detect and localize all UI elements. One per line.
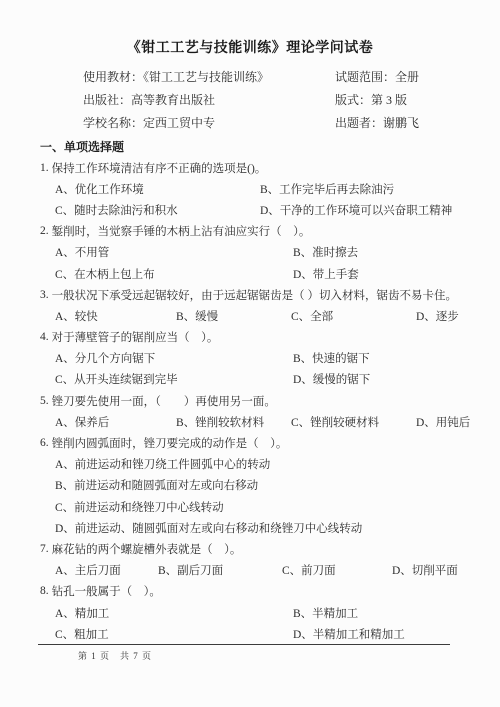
option-row: A、较快 B、缓慢 C、全部 D、逐步 [40,305,486,326]
question-block: 1. 保持工作环境清洁有序不正确的选项是()。 A、优化工作环境 B、工作完毕后… [40,157,486,221]
option-row: D、前进运动、随圆弧面对左或向右移动和绕锉刀中心线转动 [40,517,486,538]
question-text: 保持工作环境清洁有序不正确的选项是()。 [52,160,267,176]
question-block: 4. 对于薄壁管子的锯削应当（ ）。 A、分几个方向锯下 B、快速的锯下 C、从… [40,327,486,391]
question-number: 1. [40,162,49,174]
question-number: 2. [40,225,49,237]
question-list: 1. 保持工作环境清洁有序不正确的选项是()。 A、优化工作环境 B、工作完毕后… [0,157,500,644]
option-item: D、逐步 [416,308,486,324]
footer-divider [38,644,450,645]
option-row: A、分几个方向锯下 B、快速的锯下 [40,348,486,369]
question-block: 6. 锉削内圆弧面时，锉刀要完成的动作是（ ）。 A、前进运动和锉刀绕工件圆弧中… [40,432,486,538]
question-stem: 6. 锉削内圆弧面时，锉刀要完成的动作是（ ）。 [40,432,486,453]
school-field: 学校名称：定西工贸中专 [83,114,335,131]
publisher-field: 出版社：高等教育出版社 [83,91,335,108]
option-item: C、随时去除油污和积水 [55,202,260,218]
question-text: 锉刀要先使用一面，（ ）再使用另一面。 [52,393,276,409]
option-row: A、保养后 B、锉削较软材料 C、锉削较硬材料 D、用钝后 [40,411,486,432]
option-item: A、分几个方向锯下 [55,350,293,366]
option-row: C、随时去除油污和积水 D、干净的工作环境可以兴奋职工精神 [40,199,486,220]
option-item: A、保养后 [55,414,176,430]
option-row: A、优化工作环境 B、工作完毕后再去除油污 [40,178,486,199]
option-item: A、精加工 [55,605,293,621]
option-row: A、主后刀面 B、副后刀面 C、前刀面 D、切削平面 [40,560,486,581]
option-item: D、半精加工和精加工 [293,626,486,642]
option-item: D、前进运动、随圆弧面对左或向右移动和绕锉刀中心线转动 [55,520,362,536]
question-number: 5. [40,395,49,407]
option-item: B、锉削较软材料 [176,414,291,430]
option-row: C、从开头连续锯到完毕 D、缓慢的锯下 [40,369,486,390]
question-stem: 7. 麻花钻的两个螺旋槽外表就是（ ）。 [40,538,486,559]
option-item: C、在木柄上包上布 [55,266,293,282]
option-item: B、快速的锯下 [293,350,486,366]
question-text: 麻花钻的两个螺旋槽外表就是（ ）。 [52,541,242,557]
option-item: A、优化工作环境 [55,181,260,197]
scope-field: 试题范围：全册 [335,68,500,85]
question-text: 一般状况下承受远起锯较好，由于远起锯锯齿是（ ）切入材料，锯齿不易卡住。 [52,287,457,303]
option-item: C、粗加工 [55,626,293,642]
option-item: B、副后刀面 [158,562,282,578]
question-block: 3. 一般状况下承受远起锯较好，由于远起锯锯齿是（ ）切入材料，锯齿不易卡住。 … [40,284,486,326]
option-item: C、锉削较硬材料 [291,414,416,430]
option-row: A、不用管 B、准时擦去 [40,242,486,263]
question-number: 3. [40,289,49,301]
option-row: A、精加工 B、半精加工 [40,602,486,623]
meta-row: 出版社：高等教育出版社 版式：第 3 版 [0,88,500,111]
option-item: D、缓慢的锯下 [293,371,486,387]
question-stem: 5. 锉刀要先使用一面，（ ）再使用另一面。 [40,390,486,411]
question-text: 对于薄壁管子的锯削应当（ ）。 [52,329,219,345]
question-number: 7. [40,543,49,555]
meta-row: 使用教材：《钳工工艺与技能训练》 试题范围：全册 [0,65,500,88]
textbook-field: 使用教材：《钳工工艺与技能训练》 [83,68,335,85]
option-row: C、在木柄上包上布 D、带上手套 [40,263,486,284]
option-item: B、工作完毕后再去除油污 [260,181,486,197]
question-block: 2. 錾削时，当觉察手锤的木柄上沾有油应实行（ ）。 A、不用管 B、准时擦去 … [40,221,486,285]
option-item: A、主后刀面 [55,562,158,578]
option-item: A、前进运动和锉刀绕工件圆弧中心的转动 [55,456,270,472]
page-title: 《钳工工艺与技能训练》理论学问试卷 [0,0,500,58]
section-heading: 一、单项选择题 [0,136,500,157]
option-item: C、全部 [291,308,416,324]
option-item: D、用钝后 [416,414,486,430]
question-stem: 2. 錾削时，当觉察手锤的木柄上沾有油应实行（ ）。 [40,221,486,242]
option-item: B、缓慢 [176,308,291,324]
question-block: 7. 麻花钻的两个螺旋槽外表就是（ ）。 A、主后刀面 B、副后刀面 C、前刀面… [40,538,486,580]
question-number: 8. [40,585,49,597]
option-item: B、准时擦去 [293,244,486,260]
option-item: B、半精加工 [293,605,486,621]
page-footer: 第 1 页 共 7 页 [78,649,152,662]
option-item: C、从开头连续锯到完毕 [55,371,293,387]
option-item: D、带上手套 [293,266,486,282]
question-text: 錾削时，当觉察手锤的木柄上沾有油应实行（ ）。 [52,223,311,239]
option-item: B、前进运动和随圆弧面对左或向右移动 [55,477,258,493]
option-row: C、粗加工 D、半精加工和精加工 [40,623,486,644]
option-item: D、干净的工作环境可以兴奋职工精神 [260,202,486,218]
option-item: A、不用管 [55,244,293,260]
meta-row: 学校名称：定西工贸中专 出题者：谢鹏飞 [0,111,500,134]
question-number: 4. [40,331,49,343]
option-row: C、前进运动和绕锉刀中心线转动 [40,496,486,517]
option-item: D、切削平面 [392,562,486,578]
option-row: A、前进运动和锉刀绕工件圆弧中心的转动 [40,454,486,475]
question-text: 钻孔一般属于（ ）。 [52,583,161,599]
question-number: 6. [40,437,49,449]
author-field: 出题者：谢鹏飞 [335,114,500,131]
question-stem: 1. 保持工作环境清洁有序不正确的选项是()。 [40,157,486,178]
question-stem: 4. 对于薄壁管子的锯削应当（ ）。 [40,327,486,348]
question-stem: 8. 钻孔一般属于（ ）。 [40,581,486,602]
question-block: 8. 钻孔一般属于（ ）。 A、精加工 B、半精加工 C、粗加工 D、半精加工和… [40,581,486,645]
exam-info: 使用教材：《钳工工艺与技能训练》 试题范围：全册 出版社：高等教育出版社 版式：… [0,65,500,134]
option-item: C、前刀面 [282,562,392,578]
edition-field: 版式：第 3 版 [335,91,500,108]
option-row: B、前进运动和随圆弧面对左或向右移动 [40,475,486,496]
question-stem: 3. 一般状况下承受远起锯较好，由于远起锯锯齿是（ ）切入材料，锯齿不易卡住。 [40,284,486,305]
question-block: 5. 锉刀要先使用一面，（ ）再使用另一面。 A、保养后 B、锉削较软材料 C、… [40,390,486,432]
question-text: 锉削内圆弧面时，锉刀要完成的动作是（ ）。 [52,435,288,451]
option-item: A、较快 [55,308,176,324]
option-item: C、前进运动和绕锉刀中心线转动 [55,499,224,515]
exam-page: 《钳工工艺与技能训练》理论学问试卷 使用教材：《钳工工艺与技能训练》 试题范围：… [0,0,500,707]
